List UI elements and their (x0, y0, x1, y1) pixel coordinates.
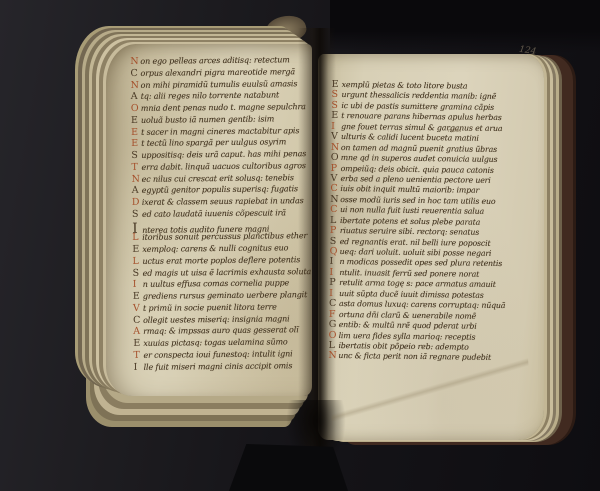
verse-text: n uultus effusa comas cornelia puppe (143, 279, 289, 290)
versal-initial: E (331, 110, 341, 121)
verse-text: ortuna dñi clarũ & uenerabile nomẽ (339, 310, 476, 321)
versal-initial: N (131, 79, 141, 90)
versal-initial: L (328, 340, 338, 351)
versal-initial: S (131, 150, 141, 161)
versal-initial: L (132, 256, 142, 267)
versal-initial: L (132, 232, 142, 243)
versal-initial: E (332, 79, 342, 90)
verse-line: O lim uera fides sylla marioq: receptis (329, 329, 505, 342)
verse-text: lle fuit miseri magni cinis accipit omis (144, 361, 293, 372)
verse-text: gne fouet terras simul & garganus et aru… (341, 122, 502, 133)
verse-text: on ego pelleas arces aditisq: retectum (140, 55, 289, 66)
verse-text: grediens rursus geminato uerbere plangit (143, 290, 307, 301)
versal-initial: E (131, 138, 141, 149)
verse-text: t primũ in socie puenit litora terre (143, 302, 277, 312)
verse-text: mnia dent penas nudo t. magne sepulchra (141, 102, 306, 113)
verse-text: ed magis ut uisa ẽ lacrimis exhausta sol… (143, 267, 312, 278)
versal-initial: T (133, 350, 143, 361)
verse-line: N on tamen ad magnũ puenit gratius ũbras (331, 142, 507, 155)
verse-text: lim uera fides sylla marioq: receptis (339, 331, 476, 342)
versal-initial: O (331, 152, 341, 163)
versal-initial: A (131, 91, 141, 102)
verse-text: t sacer in magni cineres mactabitur apis (141, 126, 299, 137)
versal-initial: A (132, 185, 142, 196)
verse-text: ed cato laudatã iuuenis cõpescuit irã (142, 208, 286, 219)
versal-initial: E (131, 115, 141, 126)
versal-initial: C (133, 314, 143, 325)
versal-initial: I (331, 121, 341, 132)
verse-text: unc & ficta perit non iã regnare pudebit (338, 351, 491, 362)
versal-initial: C (329, 298, 339, 309)
verse-text: uuit sũpta ducẽ iuuit dimissa potestas (339, 289, 484, 300)
versal-initial: C (330, 204, 340, 215)
versal-initial: I (329, 288, 339, 299)
verse-text: tq: alii reges nilo torrente natabunt (141, 91, 279, 101)
versal-initial: N (132, 173, 142, 184)
verse-text: retulit arma togę s: pace armatus amauit (339, 278, 496, 289)
versal-initial: I (133, 279, 143, 290)
verse-text: ntulit. inuasit ferrũ sed ponere norat (339, 268, 479, 279)
verse-text: er conspecta ioui funestoq: intulit igni (143, 349, 292, 360)
manuscript-book-photo: N on ego pelleas arces aditisq: retectum… (0, 0, 600, 491)
verse-text: erba sed a pleno uenientia pectore ueri (340, 174, 490, 185)
verse-text: ompeiũq: deis obicit. quia pauca catonis (341, 164, 494, 175)
verse-text: ibertatis obit põpeio reb: adempto (338, 341, 468, 352)
verse-text: osse modũ iuris sed in hoc tam utilis eu… (340, 195, 495, 206)
verse-line: P ompeiũq: deis obicit. quia pauca caton… (331, 162, 507, 175)
versal-initial: O (131, 103, 141, 114)
versal-initial: S (331, 89, 341, 100)
versal-initial: I (329, 267, 339, 278)
versal-initial: A (133, 326, 143, 337)
versal-initial: E (131, 126, 141, 137)
verse-text: xemploq: carens & nulli cognitus euo (142, 243, 288, 254)
verse-text: egyptũ genitor populis superisq: fugatis (142, 184, 298, 195)
versal-initial: O (329, 329, 339, 340)
verse-text: on mihi piramidũ tumulis euulsũ amasis (141, 79, 298, 90)
versal-initial: V (330, 173, 340, 184)
verse-text: ui non nulla fuit iusti reuerentia salua (340, 205, 484, 216)
versal-initial: S (331, 100, 341, 111)
verse-text: rmaq: & impssas auro quas gesserat olĩ (143, 325, 298, 336)
verse-text: entib: & multũ nrẽ quod pderat urbi (339, 320, 477, 331)
left-page-text-column: N on ego pelleas arces aditisq: retectum… (130, 54, 312, 373)
book-cradle-shadow (224, 444, 348, 491)
versal-initial: D (132, 197, 142, 208)
verse-text: xuuias pictasq: togas uelamina sũmo (143, 337, 287, 348)
versal-initial: N (330, 194, 340, 205)
interlinear-gloss: mõtis (448, 128, 461, 134)
verse-text: on tamen ad magnũ puenit gratius ũbras (341, 143, 497, 154)
versal-initial: N (331, 142, 341, 153)
verse-line: I lle fuit miseri magni cinis accipit om… (134, 360, 313, 374)
verse-text: ec nilus cui crescat erit solusq: tenebi… (142, 173, 294, 184)
versal-initial: E (133, 338, 143, 349)
verse-text: iuis obit inquit multũ maiorib: impar (340, 184, 479, 195)
verse-text: orpus alexandri pigra mareotide mergã (140, 67, 295, 78)
verse-text: itoribus sonuit percussus planctibus eth… (142, 231, 307, 242)
versal-initial: S (133, 267, 143, 278)
versal-initial: V (133, 303, 143, 314)
versal-initial: C (130, 68, 140, 79)
verse-text: uctus erat morte poplos deflere potentis (142, 255, 300, 266)
versal-initial: P (330, 225, 340, 236)
verse-text: ueq: dari uoluit. uoluit sibi posse nega… (340, 247, 492, 258)
verse-text: ibertate potens et solus plebe parata (340, 216, 480, 227)
verse-text: ed regnantis erat. nil belli iure poposc… (340, 237, 491, 248)
versal-initial: C (330, 183, 340, 194)
verse-text: riuatus seruire sibi. rectorq: senatus (340, 226, 479, 237)
versal-initial: E (132, 244, 142, 255)
versal-initial: I (329, 256, 339, 267)
verse-text: erra dabit. linquã uacuos cultoribus agr… (141, 161, 305, 172)
versal-initial: N (328, 350, 338, 361)
verse-text: uppositisq: deis urã caput. has mihi pen… (141, 149, 306, 160)
versal-initial: S (330, 235, 340, 246)
verse-text: uoluã busto iã numen gentib: isim (141, 114, 274, 124)
right-page-text-column: E xemplũ pietas & toto litore busta S ur… (328, 79, 508, 363)
versal-initial: S (132, 209, 142, 220)
versal-initial: Q (330, 246, 340, 257)
verse-text: ic ubi de pastis sumittere gramina cãpis (341, 101, 494, 112)
verse-text: mne qd in superos audet conuicia uulgus (341, 153, 498, 164)
verse-line: S ed regnantis erat. nil belli iure popo… (330, 235, 506, 248)
versal-initial: N (130, 56, 140, 67)
verse-text: xemplũ pietas & toto litore busta (342, 80, 468, 91)
verse-line: N unc & ficta perit non iã regnare pudeb… (328, 350, 504, 363)
versal-initial: G (329, 319, 339, 330)
verse-text: t tectũ lino spargã per uulgus osyrim (141, 138, 286, 149)
versal-initial: V (331, 131, 341, 142)
versal-initial: L (330, 215, 340, 226)
versal-initial: I (134, 361, 144, 372)
versal-initial: T (131, 162, 141, 173)
versal-initial: P (329, 277, 339, 288)
verse-text: urgunt thessalicis reddentia manib: ignẽ (341, 90, 496, 101)
verse-text: ixerat & classem seuus rapiebat in undas (142, 196, 304, 207)
versal-initial: F (329, 309, 339, 320)
versal-initial: P (331, 162, 341, 173)
verse-text: ollegit uestes miseriq: insignia magni (143, 314, 290, 325)
versal-initial: E (133, 291, 143, 302)
